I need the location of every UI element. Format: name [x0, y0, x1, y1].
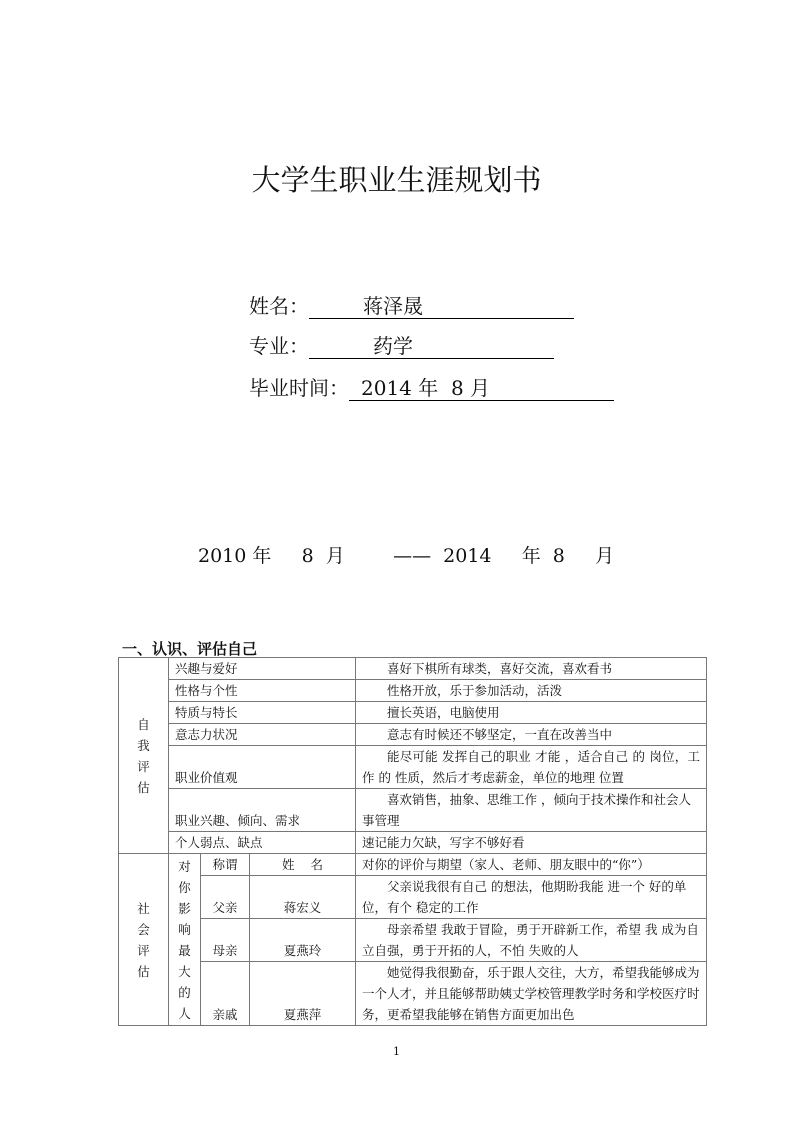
comment-cell: 父亲说我很有自己 的想法，他期盼我能 进一个 好的单位，有个 稳定的工作	[356, 876, 707, 919]
self-eval-label: 自 我 评 估	[119, 658, 169, 854]
label-char: 的	[169, 982, 200, 1003]
self-eval-value: 喜欢销售，抽象、思维工作 ，倾向于技术操作和社会人事管理	[356, 789, 707, 832]
self-eval-item: 特质与特长	[169, 702, 356, 724]
document-title: 大学生职业生涯规划书	[0, 158, 793, 199]
self-eval-item: 意志力状况	[169, 724, 356, 746]
label-char: 响	[169, 919, 200, 940]
name-label: 姓名：	[249, 292, 309, 320]
evaluation-table: 自 我 评 估 兴趣与爱好 喜好下棋所有球类，喜好交流，喜欢看书 性格与个性 性…	[118, 657, 707, 1026]
table-row: 自 我 评 估 兴趣与爱好 喜好下棋所有球类，喜好交流，喜欢看书	[119, 658, 707, 680]
label-char: 估	[119, 777, 168, 798]
label-char: 评	[119, 756, 168, 777]
label-char: 人	[169, 1003, 200, 1024]
label-char: 评	[119, 940, 168, 961]
self-eval-value: 喜好下棋所有球类，喜好交流，喜欢看书	[356, 658, 707, 680]
info-name-line: 姓名：蒋泽晟	[249, 292, 574, 320]
relation-cell: 母亲	[201, 919, 250, 962]
graduation-value: 2014 年 8 月	[349, 376, 490, 400]
label-char: 最	[169, 940, 200, 961]
page-number: 1	[0, 1045, 793, 1058]
info-major-line: 专业：药学	[249, 332, 554, 360]
label-char: 会	[119, 919, 168, 940]
table-row: 职业价值观 能尽可能 发挥自己的职业 才能 ，适合自己 的 岗位，工作 的 性质…	[119, 746, 707, 789]
info-graduation-line: 毕业时间：2014 年 8 月	[249, 374, 614, 402]
table-row: 特质与特长 擅长英语，电脑使用	[119, 702, 707, 724]
table-row: 母亲 夏燕玲 母亲希望 我敢于冒险，勇于开辟新工作，希望 我 成为自立自强，勇于…	[119, 919, 707, 962]
self-eval-value: 意志有时候还不够坚定，一直在改善当中	[356, 724, 707, 746]
table-row: 性格与个性 性格开放，乐于参加活动，活泼	[119, 680, 707, 702]
header-relation: 称谓	[201, 854, 250, 876]
major-value: 药学	[309, 334, 413, 358]
major-field: 药学	[309, 332, 554, 359]
self-eval-value: 速记能力欠缺，写字不够好看	[356, 832, 707, 854]
major-label: 专业：	[249, 332, 309, 360]
label-char: 影	[169, 898, 200, 919]
social-eval-label: 社 会 评 估	[119, 854, 169, 1026]
graduation-field: 2014 年 8 月	[349, 374, 614, 401]
label-char: 对	[169, 856, 200, 877]
table-row: 意志力状况 意志有时候还不够坚定，一直在改善当中	[119, 724, 707, 746]
name-value: 蒋泽晟	[309, 294, 423, 318]
label-char: 社	[119, 898, 168, 919]
self-eval-item: 个人弱点、缺点	[169, 832, 356, 854]
label-char: 大	[169, 961, 200, 982]
table-row: 社 会 评 估 对 你 影 响 最 大 的 人 称谓 姓 名 对你的评价与期望（…	[119, 854, 707, 876]
section-heading: 一、认识、评估自己	[122, 638, 257, 659]
self-eval-value: 擅长英语，电脑使用	[356, 702, 707, 724]
relation-cell: 父亲	[201, 876, 250, 919]
comment-cell: 她觉得我很勤奋，乐于跟人交往，大方，希望我能够成为一个人才，并且能够帮助姨丈学校…	[356, 962, 707, 1026]
self-eval-item: 兴趣与爱好	[169, 658, 356, 680]
self-eval-item: 职业价值观	[169, 746, 356, 789]
header-comment: 对你的评价与期望（家人、老师、朋友眼中的“你”）	[356, 854, 707, 876]
table-row: 父亲 蒋宏义 父亲说我很有自己 的想法，他期盼我能 进一个 好的单位，有个 稳定…	[119, 876, 707, 919]
relation-cell: 亲戚	[201, 962, 250, 1026]
label-char: 你	[169, 877, 200, 898]
comment-cell: 母亲希望 我敢于冒险，勇于开辟新工作，希望 我 成为自立自强，勇于开拓的人，不怕…	[356, 919, 707, 962]
self-eval-value: 性格开放，乐于参加活动，活泼	[356, 680, 707, 702]
self-eval-item: 职业兴趣、倾向、需求	[169, 789, 356, 832]
influential-people-label: 对 你 影 响 最 大 的 人	[169, 854, 201, 1026]
label-char: 我	[119, 735, 168, 756]
person-name-cell: 蒋宏义	[250, 876, 356, 919]
graduation-label: 毕业时间：	[249, 374, 349, 402]
person-name-cell: 夏燕玲	[250, 919, 356, 962]
self-eval-value: 能尽可能 发挥自己的职业 才能 ，适合自己 的 岗位，工作 的 性质，然后才考虑…	[356, 746, 707, 789]
header-name: 姓 名	[250, 854, 356, 876]
table-row: 亲戚 夏燕萍 她觉得我很勤奋，乐于跟人交往，大方，希望我能够成为一个人才，并且能…	[119, 962, 707, 1026]
name-field: 蒋泽晟	[309, 292, 574, 319]
table-row: 职业兴趣、倾向、需求 喜欢销售，抽象、思维工作 ，倾向于技术操作和社会人事管理	[119, 789, 707, 832]
table-row: 个人弱点、缺点 速记能力欠缺，写字不够好看	[119, 832, 707, 854]
label-char: 估	[119, 961, 168, 982]
date-range: 2010 年 8 月 —— 2014 年 8 月	[198, 541, 614, 568]
self-eval-item: 性格与个性	[169, 680, 356, 702]
person-name-cell: 夏燕萍	[250, 962, 356, 1026]
label-char: 自	[119, 714, 168, 735]
